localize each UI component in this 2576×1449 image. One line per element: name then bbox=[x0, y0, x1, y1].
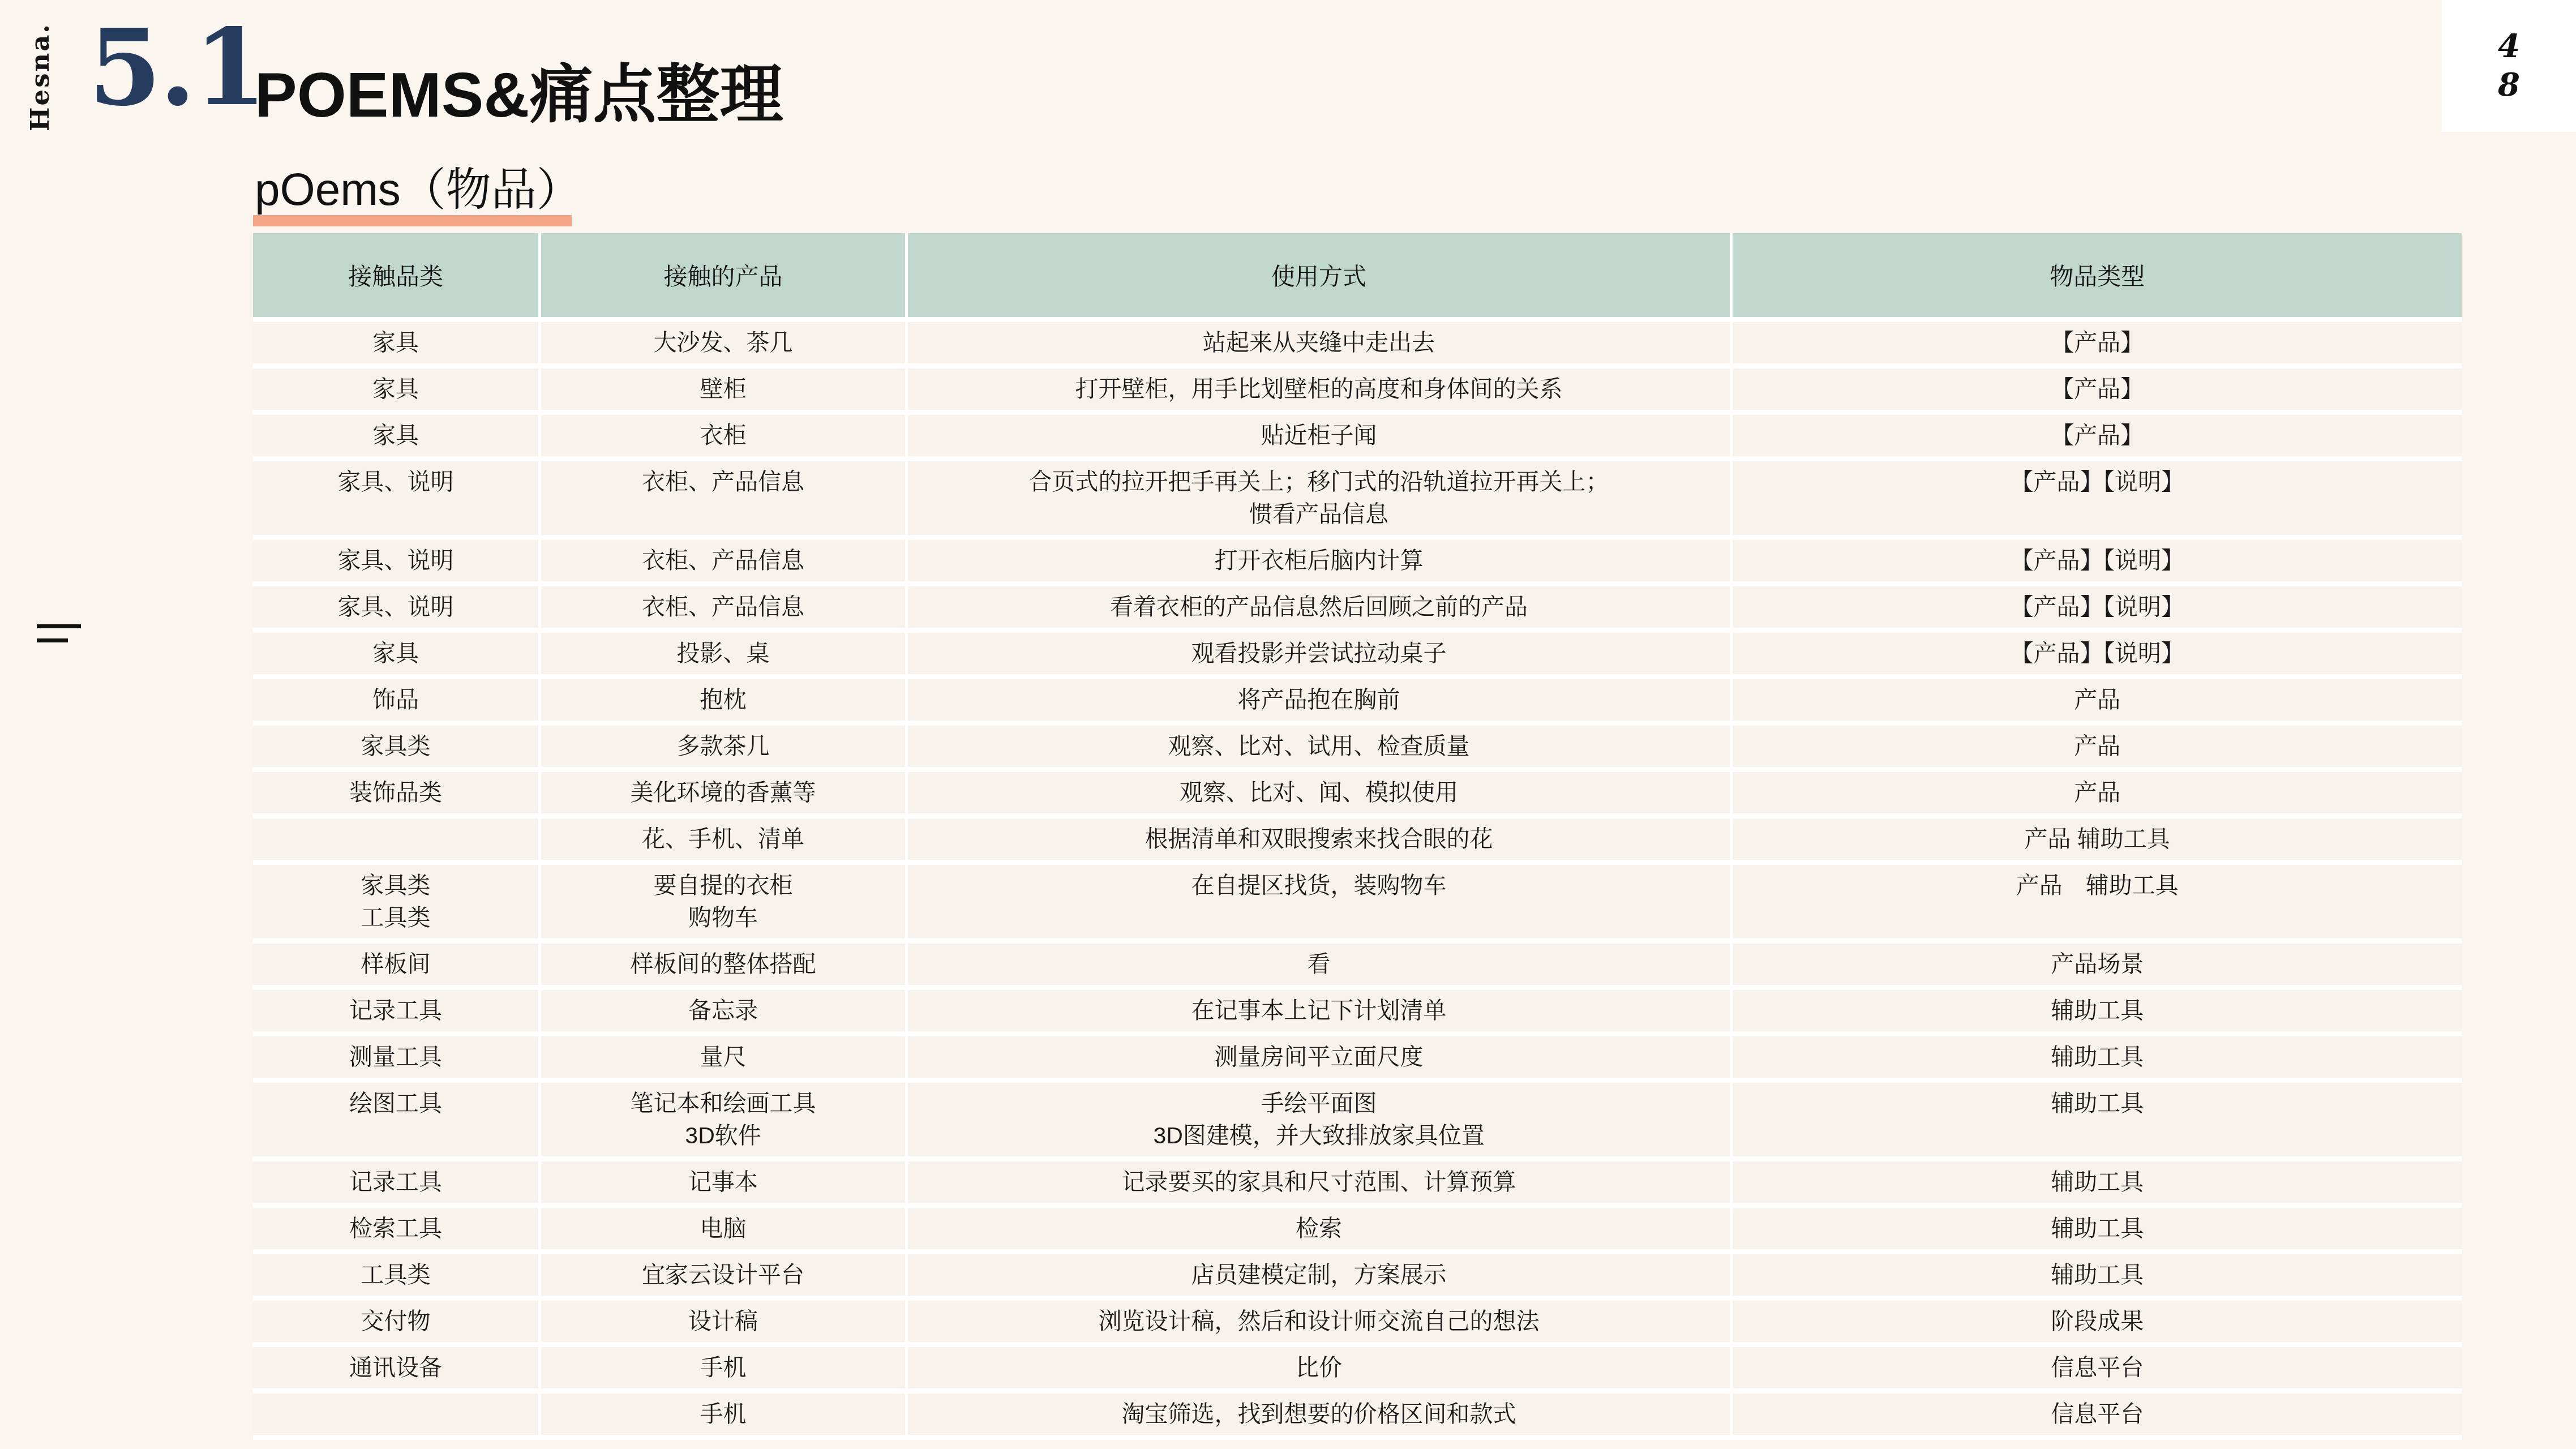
table-cell: 【产品】【说明】 bbox=[1733, 461, 2462, 540]
table-cell: 家具 bbox=[253, 633, 541, 679]
page-number-bottom-digit: 8 bbox=[2498, 66, 2520, 104]
page-number-top-digit: 4 bbox=[2498, 28, 2520, 66]
table-cell: 家具 bbox=[253, 322, 541, 368]
table-body: 家具大沙发、茶几站起来从夹缝中走出去【产品】家具壁柜打开壁柜，用手比划壁柜的高度… bbox=[253, 322, 2462, 1440]
page-subtitle: pOems（物品） bbox=[255, 153, 582, 218]
table-row: 家具壁柜打开壁柜，用手比划壁柜的高度和身体间的关系【产品】 bbox=[253, 368, 2462, 415]
slide: Hesna. 5.1 POEMS&痛点整理 pOems（物品） 4 8 接触品类… bbox=[0, 0, 2576, 1449]
table-cell: 记事本 bbox=[541, 1161, 908, 1208]
table-cell: 宜家云设计平台 bbox=[541, 1254, 908, 1301]
table-cell: 家具 bbox=[253, 415, 541, 461]
table-cell: 家具、说明 bbox=[253, 540, 541, 586]
table-header-row: 接触品类 接触的产品 使用方式 物品类型 bbox=[253, 233, 2462, 322]
table-row: 绘图工具笔记本和绘画工具 3D软件手绘平面图 3D图建模，并大致排放家具位置辅助… bbox=[253, 1083, 2462, 1161]
table-cell: 笔记本和绘画工具 3D软件 bbox=[541, 1083, 908, 1161]
table-cell: 打开壁柜，用手比划壁柜的高度和身体间的关系 bbox=[908, 368, 1733, 415]
col-header-contact-product: 接触的产品 bbox=[541, 233, 908, 322]
table-cell: 产品 bbox=[1733, 772, 2462, 818]
table-row: 手机淘宝筛选，找到想要的价格区间和款式信息平台 bbox=[253, 1394, 2462, 1440]
table-cell: 【产品】【说明】 bbox=[1733, 633, 2462, 679]
table-cell: 产品 bbox=[1733, 679, 2462, 726]
table-cell: 备忘录 bbox=[541, 990, 908, 1036]
table-cell: 记录工具 bbox=[253, 1161, 541, 1208]
table-cell: 样板间的整体搭配 bbox=[541, 944, 908, 990]
table-cell bbox=[253, 1394, 541, 1440]
table-cell: 根据清单和双眼搜索来找合眼的花 bbox=[908, 818, 1733, 865]
table-cell: 样板间 bbox=[253, 944, 541, 990]
table-cell: 淘宝筛选，找到想要的价格区间和款式 bbox=[908, 1394, 1733, 1440]
table-cell: 【产品】【说明】 bbox=[1733, 540, 2462, 586]
table-row: 家具类 工具类要自提的衣柜 购物车在自提区找货，装购物车产品 辅助工具 bbox=[253, 865, 2462, 944]
table-cell: 手机 bbox=[541, 1394, 908, 1440]
col-header-usage-method: 使用方式 bbox=[908, 233, 1733, 322]
table-row: 记录工具记事本记录要买的家具和尺寸范围、计算预算辅助工具 bbox=[253, 1161, 2462, 1208]
table-cell: 在自提区找货，装购物车 bbox=[908, 865, 1733, 944]
table-cell: 检索工具 bbox=[253, 1208, 541, 1254]
table-cell: 记录工具 bbox=[253, 990, 541, 1036]
table-cell: 辅助工具 bbox=[1733, 1161, 2462, 1208]
table-cell: 大沙发、茶几 bbox=[541, 322, 908, 368]
subtitle-accent-bar bbox=[253, 215, 572, 226]
table-cell: 辅助工具 bbox=[1733, 1254, 2462, 1301]
table-cell bbox=[253, 818, 541, 865]
table-cell: 产品 辅助工具 bbox=[1733, 865, 2462, 944]
table-cell: 工具类 bbox=[253, 1254, 541, 1301]
table-cell: 花、手机、清单 bbox=[541, 818, 908, 865]
table-cell: 量尺 bbox=[541, 1036, 908, 1083]
poems-table: 接触品类 接触的产品 使用方式 物品类型 家具大沙发、茶几站起来从夹缝中走出去【… bbox=[253, 233, 2462, 1440]
table-cell: 观察、比对、试用、检查质量 bbox=[908, 726, 1733, 772]
table-row: 测量工具量尺测量房间平立面尺度辅助工具 bbox=[253, 1036, 2462, 1083]
table-cell: 家具类 工具类 bbox=[253, 865, 541, 944]
table-cell: 将产品抱在胸前 bbox=[908, 679, 1733, 726]
table-cell: 阶段成果 bbox=[1733, 1301, 2462, 1347]
table-cell: 记录要买的家具和尺寸范围、计算预算 bbox=[908, 1161, 1733, 1208]
table-row: 交付物设计稿浏览设计稿，然后和设计师交流自己的想法阶段成果 bbox=[253, 1301, 2462, 1347]
table-cell: 产品 辅助工具 bbox=[1733, 818, 2462, 865]
table-row: 记录工具备忘录在记事本上记下计划清单辅助工具 bbox=[253, 990, 2462, 1036]
table-row: 检索工具电脑检索辅助工具 bbox=[253, 1208, 2462, 1254]
table-row: 样板间样板间的整体搭配看产品场景 bbox=[253, 944, 2462, 990]
table-cell: 在记事本上记下计划清单 bbox=[908, 990, 1733, 1036]
page-number-box: 4 8 bbox=[2442, 0, 2576, 132]
table-cell: 装饰品类 bbox=[253, 772, 541, 818]
table-cell: 投影、桌 bbox=[541, 633, 908, 679]
table-cell: 打开衣柜后脑内计算 bbox=[908, 540, 1733, 586]
table-cell: 交付物 bbox=[253, 1301, 541, 1347]
table-cell: 【产品】 bbox=[1733, 415, 2462, 461]
table-cell: 手绘平面图 3D图建模，并大致排放家具位置 bbox=[908, 1083, 1733, 1161]
table-cell: 观看投影并尝试拉动桌子 bbox=[908, 633, 1733, 679]
table-cell: 衣柜、产品信息 bbox=[541, 586, 908, 633]
table-row: 花、手机、清单根据清单和双眼搜索来找合眼的花产品 辅助工具 bbox=[253, 818, 2462, 865]
table-cell: 站起来从夹缝中走出去 bbox=[908, 322, 1733, 368]
table-cell: 看 bbox=[908, 944, 1733, 990]
table-row: 家具、说明衣柜、产品信息看着衣柜的产品信息然后回顾之前的产品【产品】【说明】 bbox=[253, 586, 2462, 633]
table-cell: 观察、比对、闻、模拟使用 bbox=[908, 772, 1733, 818]
col-header-contact-category: 接触品类 bbox=[253, 233, 541, 322]
table-row: 工具类宜家云设计平台店员建模定制，方案展示辅助工具 bbox=[253, 1254, 2462, 1301]
table-cell: 测量工具 bbox=[253, 1036, 541, 1083]
table-cell: 产品场景 bbox=[1733, 944, 2462, 990]
table-cell: 衣柜 bbox=[541, 415, 908, 461]
table-cell: 要自提的衣柜 购物车 bbox=[541, 865, 908, 944]
table-cell: 手机 bbox=[541, 1347, 908, 1394]
table-cell: 家具类 bbox=[253, 726, 541, 772]
page-title: POEMS&痛点整理 bbox=[255, 44, 783, 135]
table-cell: 辅助工具 bbox=[1733, 1208, 2462, 1254]
table-cell: 比价 bbox=[908, 1347, 1733, 1394]
col-header-item-type: 物品类型 bbox=[1733, 233, 2462, 322]
table-cell: 衣柜、产品信息 bbox=[541, 461, 908, 540]
table-cell: 通讯设备 bbox=[253, 1347, 541, 1394]
table-cell: 辅助工具 bbox=[1733, 1036, 2462, 1083]
table-cell: 辅助工具 bbox=[1733, 990, 2462, 1036]
table-row: 家具、说明衣柜、产品信息合页式的拉开把手再关上；移门式的沿轨道拉开再关上； 惯看… bbox=[253, 461, 2462, 540]
table-cell: 壁柜 bbox=[541, 368, 908, 415]
table-cell: 产品 bbox=[1733, 726, 2462, 772]
table-cell: 多款茶几 bbox=[541, 726, 908, 772]
table-cell: 饰品 bbox=[253, 679, 541, 726]
table-cell: 辅助工具 bbox=[1733, 1083, 2462, 1161]
table-row: 家具衣柜贴近柜子闻【产品】 bbox=[253, 415, 2462, 461]
table-cell: 美化环境的香薰等 bbox=[541, 772, 908, 818]
table-cell: 贴近柜子闻 bbox=[908, 415, 1733, 461]
table-cell: 信息平台 bbox=[1733, 1394, 2462, 1440]
table-row: 家具投影、桌观看投影并尝试拉动桌子【产品】【说明】 bbox=[253, 633, 2462, 679]
table-cell: 电脑 bbox=[541, 1208, 908, 1254]
table-cell: 抱枕 bbox=[541, 679, 908, 726]
table-cell: 绘图工具 bbox=[253, 1083, 541, 1161]
table-cell: 【产品】 bbox=[1733, 368, 2462, 415]
table-cell: 看着衣柜的产品信息然后回顾之前的产品 bbox=[908, 586, 1733, 633]
hamburger-menu-icon[interactable] bbox=[37, 624, 82, 645]
table-cell: 设计稿 bbox=[541, 1301, 908, 1347]
menu-line-bottom bbox=[37, 638, 68, 642]
table-cell: 检索 bbox=[908, 1208, 1733, 1254]
table-cell: 店员建模定制，方案展示 bbox=[908, 1254, 1733, 1301]
table-cell: 测量房间平立面尺度 bbox=[908, 1036, 1733, 1083]
section-number: 5.1 bbox=[88, 15, 265, 120]
table-row: 家具大沙发、茶几站起来从夹缝中走出去【产品】 bbox=[253, 322, 2462, 368]
table-row: 家具类多款茶几观察、比对、试用、检查质量产品 bbox=[253, 726, 2462, 772]
table-row: 装饰品类美化环境的香薰等观察、比对、闻、模拟使用产品 bbox=[253, 772, 2462, 818]
table-cell: 衣柜、产品信息 bbox=[541, 540, 908, 586]
table-row: 饰品抱枕将产品抱在胸前产品 bbox=[253, 679, 2462, 726]
table-cell: 家具、说明 bbox=[253, 461, 541, 540]
table-row: 家具、说明衣柜、产品信息打开衣柜后脑内计算【产品】【说明】 bbox=[253, 540, 2462, 586]
table-cell: 【产品】 bbox=[1733, 322, 2462, 368]
table-cell: 家具 bbox=[253, 368, 541, 415]
table-row: 通讯设备手机比价信息平台 bbox=[253, 1347, 2462, 1394]
menu-line-top bbox=[37, 624, 81, 628]
table-cell: 合页式的拉开把手再关上；移门式的沿轨道拉开再关上； 惯看产品信息 bbox=[908, 461, 1733, 540]
table-cell: 浏览设计稿，然后和设计师交流自己的想法 bbox=[908, 1301, 1733, 1347]
table-cell: 【产品】【说明】 bbox=[1733, 586, 2462, 633]
table-cell: 信息平台 bbox=[1733, 1347, 2462, 1394]
brand-logo-text: Hesna. bbox=[25, 35, 55, 131]
table-cell: 家具、说明 bbox=[253, 586, 541, 633]
